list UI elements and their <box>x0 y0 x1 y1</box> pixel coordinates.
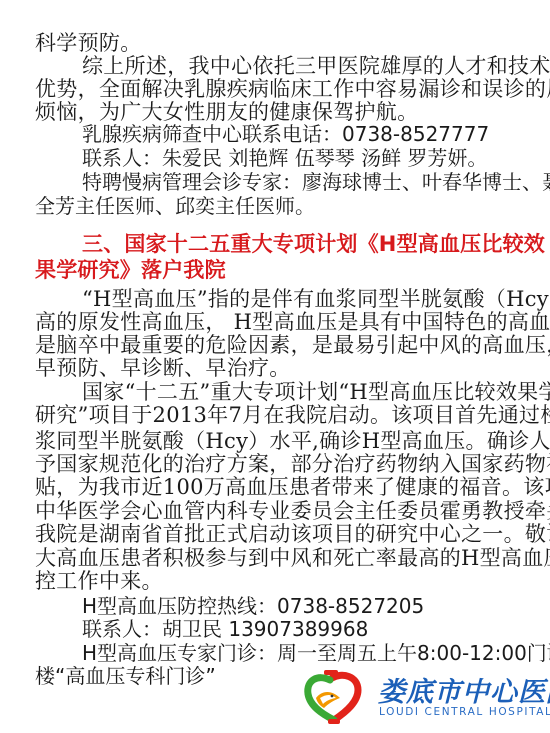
experts-line: 特聘慢病管理会诊专家：廖海球博士、叶春华博士、聂 <box>82 170 550 194</box>
clinic-hours: 楼“高血压专科门诊” <box>35 664 216 688</box>
paragraph-line: 我院是湖南省首批正式启动该项目的研究中心之一。敬请广 <box>35 522 550 546</box>
section-heading: 果学研究》落户我院 <box>35 258 226 282</box>
paragraph-line: 早预防、早诊断、早治疗。 <box>35 356 291 380</box>
hospital-name-cn: 娄底市中心医院 <box>378 670 550 709</box>
paragraph-line: 中华医学会心血管内科专业委员会主任委员霍勇教授牵头， <box>35 499 550 523</box>
paragraph-line: “H型高血压”指的是伴有血浆同型半胱氨酸（Hcy）升 <box>82 287 550 311</box>
paragraph-line: 研究”项目于2013年7月在我院启动。该项目首先通过检测血 <box>35 403 550 427</box>
hospital-heart-bird-icon <box>302 668 362 726</box>
paragraph-line: 大高血压患者积极参与到中风和死亡率最高的H型高血压的防 <box>35 546 550 570</box>
intro-line: 优势，全面解决乳腺疾病临床工作中容易漏诊和误诊的居多 <box>35 77 550 101</box>
paragraph-line: 予国家规范化的治疗方案，部分治疗药物纳入国家药物补 <box>35 452 550 476</box>
hotline-contact: 联系人：胡卫民 13907389968 <box>82 617 368 641</box>
intro-line: 综上所述，我中心依托三甲医院雄厚的人才和技术领先 <box>82 54 550 78</box>
paragraph-line: 国家“十二五”重大专项计划“H型高血压比较效果学 <box>82 380 550 404</box>
paragraph-line: 高的原发性高血压， H型高血压是具有中国特色的高血压， <box>35 310 550 334</box>
hotline: H型高血压防控热线：0738-8527205 <box>82 594 424 618</box>
breast-center-phone: 乳腺疾病筛查中心联系电话：0738-8527777 <box>82 122 489 146</box>
hospital-logo: 娄底市中心医院 LOUDI CENTRAL HOSPITAL <box>302 668 542 726</box>
section-heading: 三、国家十二五重大专项计划《H型高血压比较效 <box>82 232 545 256</box>
paragraph-line: 浆同型半胱氨酸（Hcy）水平,确诊H型高血压。确诊人群给 <box>35 429 550 453</box>
experts-line: 全芳主任医师、邱奕主任医师。 <box>35 194 315 218</box>
paragraph-line: 贴，为我市近100万高血压患者带来了健康的福音。该项目由 <box>35 475 550 499</box>
paragraph-line: 控工作中来。 <box>35 569 163 593</box>
hospital-name-en: LOUDI CENTRAL HOSPITAL <box>379 706 550 718</box>
paragraph-line: 是脑卒中最重要的危险因素，是最易引起中风的高血压，须 <box>35 333 550 357</box>
breast-center-contacts: 联系人：朱爱民 刘艳辉 伍琴琴 汤鲜 罗芳妍。 <box>82 146 487 170</box>
clinic-hours: H型高血压专家门诊：周一至周五上午8:00-12:00门诊二 <box>82 641 550 665</box>
intro-line: 烦恼，为广大女性朋友的健康保驾护航。 <box>35 100 418 124</box>
intro-line: 科学预防。 <box>35 31 142 55</box>
